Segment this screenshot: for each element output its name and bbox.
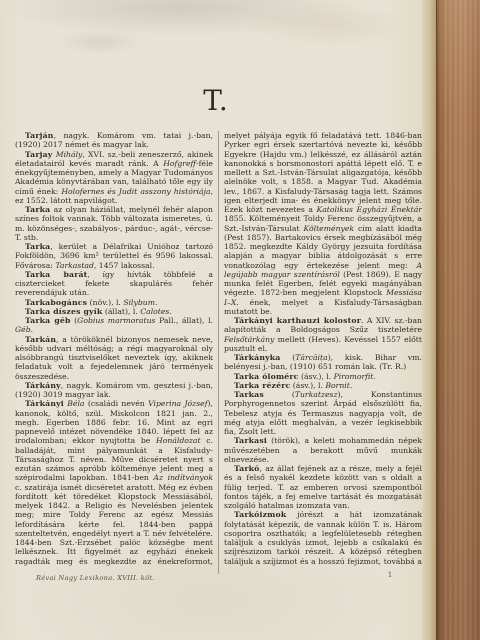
lexicon-entry: Tárkányka (Tărcăița), kisk. Bihar vm. be… xyxy=(224,353,422,372)
entry-term: Tarkán xyxy=(25,335,56,344)
text-columns: Tarján, nagyk. Komárom vm. tatai j.-ban,… xyxy=(15,131,422,574)
lexicon-entry: Tarkabogáncs (növ.), l. Silybum. xyxy=(15,298,213,307)
entry-term: Tarka ólomérc xyxy=(234,372,299,381)
entry-term: Tarkóizmok xyxy=(234,510,286,519)
entry-term: Tarkasi xyxy=(234,436,267,445)
lexicon-entry: Tarka géb (Gobius marmoratus Pall., álla… xyxy=(15,316,213,335)
lexicon-entry: Tarka rézérc (ásv.), l. Bornit. xyxy=(224,381,422,390)
entry-term: Tarka xyxy=(25,205,50,214)
lexicon-entry: Tárkányi karthauzi kolostor. A XIV. sz.-… xyxy=(224,316,422,353)
book-page-scan: T. Tarján, nagyk. Komárom vm. tatai j.-b… xyxy=(0,0,480,640)
entry-term: Tarka díszes gyík xyxy=(25,307,102,316)
entry-term: Tárkányka xyxy=(234,353,281,362)
entry-term: Tarkabogáncs xyxy=(25,298,87,307)
entry-term: Tarjay xyxy=(25,150,52,159)
entry-term: Tárkányi xyxy=(25,399,64,408)
lexicon-entry: Tarkán, a törököknél bizonyos nemesek ne… xyxy=(15,335,213,381)
lexicon-entry: Tarka, kerület a Délafrikai Unióhoz tart… xyxy=(15,242,213,270)
entry-term: Tarján xyxy=(25,131,54,140)
lexicon-entry: Tarkasi (török), a keleti mohammedán nép… xyxy=(224,436,422,464)
entry-term: Tarka barát xyxy=(25,270,87,279)
lexicon-entry: Tarka ólomérc (ásv.), l. Piromorfit. xyxy=(224,372,422,381)
lexicon-entry: Tarjay Mihály, XVI. sz.-beli zeneszerző,… xyxy=(15,150,213,206)
lexicon-entry: Tárkány, nagyk. Komárom vm. gesztesi j.-… xyxy=(15,381,213,400)
section-letter-heading: T. xyxy=(14,84,418,117)
entry-term: Tarkas xyxy=(234,390,264,399)
entry-term: Tárkány xyxy=(25,381,61,390)
entry-term: Tarka xyxy=(25,242,50,251)
entry-term: Tarka rézérc xyxy=(234,381,290,390)
lexicon-entry: Tarján, nagyk. Komárom vm. tatai j.-ban,… xyxy=(15,131,213,150)
lexicon-entry: Tarka barát, így hívták többfelé a ciszt… xyxy=(15,270,213,298)
lexicon-entry: Tarka az olyan háziállat, melynél fehér … xyxy=(15,205,213,242)
entry-term: Tarka géb xyxy=(25,316,71,325)
page-edge xyxy=(422,0,436,640)
volume-footer: Révai Nagy Lexikona. XVIII. köt. xyxy=(36,574,155,582)
entry-term: Tárkányi karthauzi kolostor xyxy=(234,316,361,325)
entry-term: Tarkó xyxy=(234,464,259,473)
page-number: 1 xyxy=(384,571,396,579)
paper-page: T. Tarján, nagyk. Komárom vm. tatai j.-b… xyxy=(0,0,430,640)
lexicon-entry: Tarkas (Turkatzesz), Konstantinus Porphy… xyxy=(224,390,422,436)
lexicon-entry: Tarka díszes gyík (állat), l. Calotes. xyxy=(15,307,213,316)
lexicon-entry: Tarkó, az állat fejének az a része, mely… xyxy=(224,464,422,510)
book-cover-edge xyxy=(436,0,480,640)
